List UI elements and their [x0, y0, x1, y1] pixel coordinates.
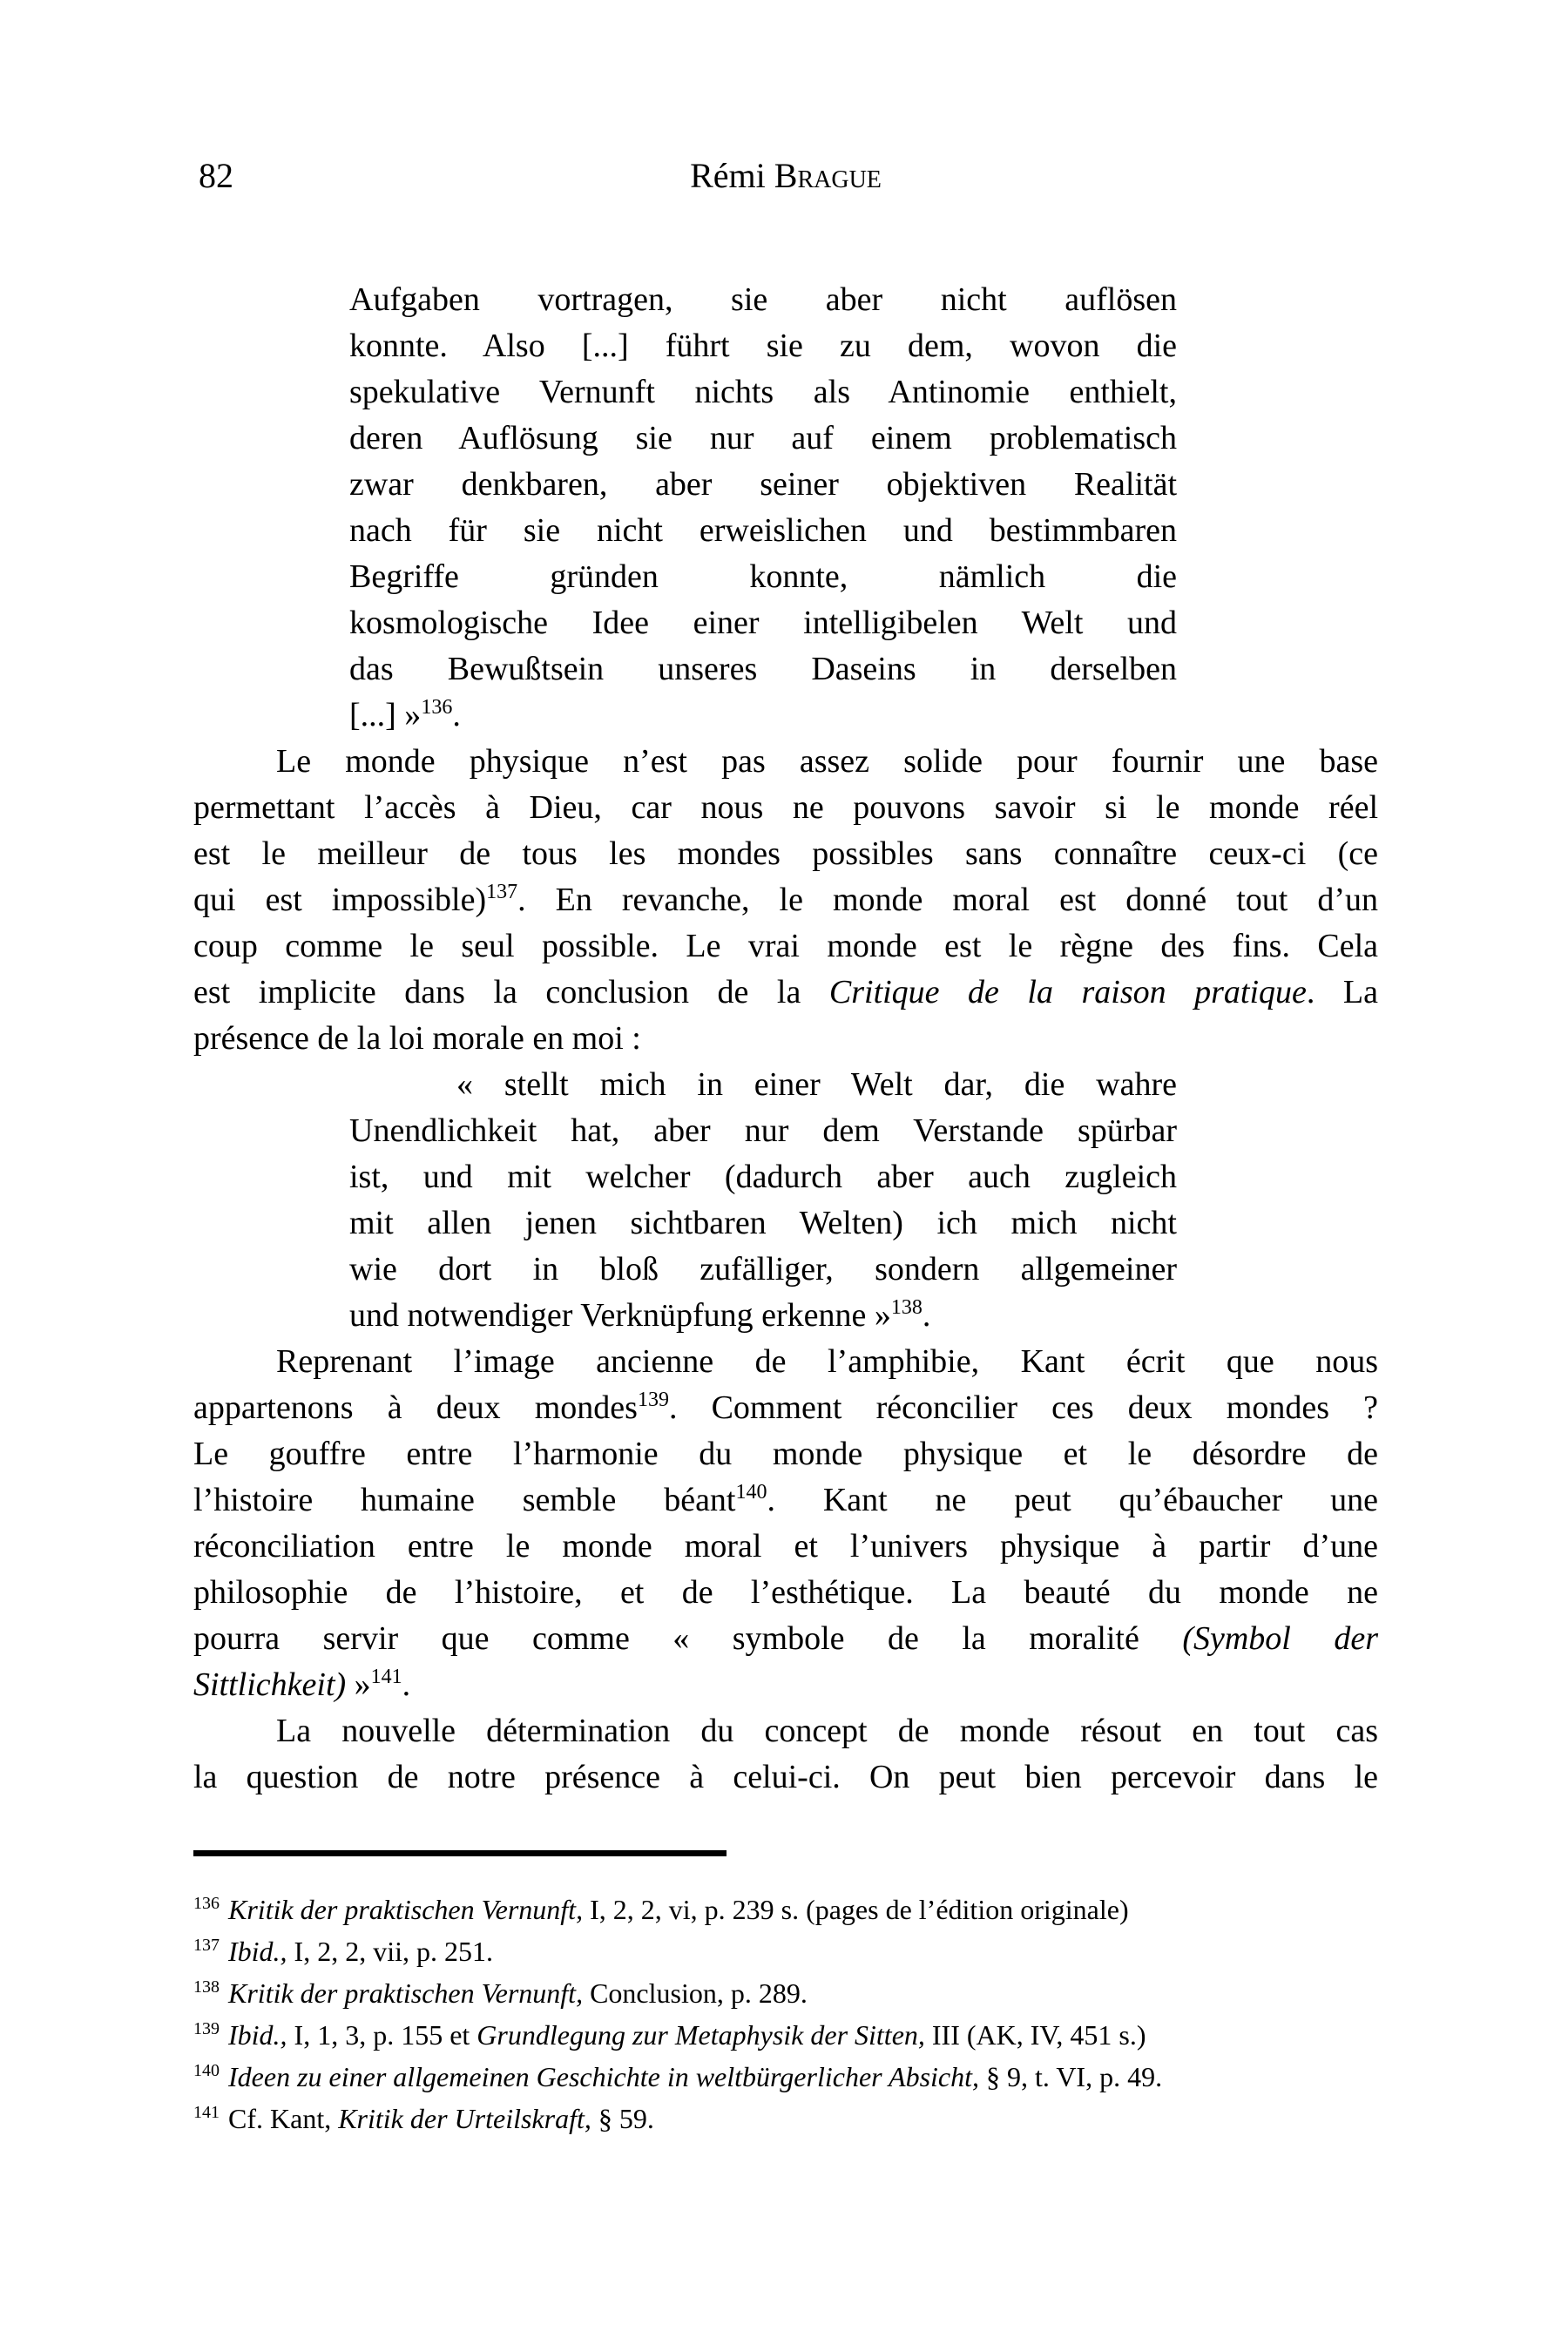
running-head: Rémi Brague	[193, 152, 1378, 199]
book-title-italic: Critique de la raison pratique	[829, 974, 1307, 1010]
body-line: pourra servir que comme « symbole de la …	[193, 1616, 1378, 1662]
paragraph-3: La nouvelle détermination du concept de …	[193, 1708, 1378, 1801]
footnote-ref-137: 137	[486, 881, 517, 903]
body-line: permettant l’accès à Dieu, car nous ne p…	[193, 785, 1378, 831]
quote-text: .	[452, 697, 461, 733]
quote-line: ist, und mit welcher (dadurch aber auch …	[349, 1154, 1177, 1200]
body-line: présence de la loi morale en moi :	[193, 1016, 1378, 1062]
german-term-italic: Sittlichkeit)	[193, 1666, 346, 1703]
footnote-ref-140: 140	[736, 1481, 767, 1504]
footnote-text: I, 2, 2, vi, p. 239 s. (pages de l’éditi…	[583, 1894, 1129, 1925]
block-quote-german-1: Aufgaben vortragen, sie aber nicht auflö…	[349, 277, 1177, 739]
body-text: l’histoire humaine semble béant	[193, 1482, 736, 1518]
quote-line: « stellt mich in einer Welt dar, die wah…	[349, 1062, 1177, 1108]
body-text: pourra servir que comme « symbole de la …	[193, 1620, 1182, 1657]
footnote-title-italic: Kritik der Urteilskraft,	[338, 2103, 591, 2134]
paragraph-1: Le monde physique n’est pas assez solide…	[193, 739, 1378, 1062]
footnotes-block: 136Kritik der praktischen Vernunft, I, 2…	[193, 1889, 1396, 2139]
quote-line: Unendlichkeit hat, aber nur dem Verstand…	[349, 1108, 1177, 1154]
body-line: Le monde physique n’est pas assez solide…	[193, 739, 1378, 785]
body-line: réconciliation entre le monde moral et l…	[193, 1524, 1378, 1570]
footnote-number: 138	[193, 1977, 220, 1997]
quote-line: nach für sie nicht erweislichen und best…	[349, 508, 1177, 554]
block-quote-german-2: « stellt mich in einer Welt dar, die wah…	[349, 1062, 1177, 1339]
footnote-text: § 59.	[591, 2103, 654, 2134]
quote-line: deren Auflösung sie nur auf einem proble…	[349, 416, 1177, 462]
footnote-139: 139Ibid., I, 1, 3, p. 155 et Grundlegung…	[193, 2014, 1396, 2056]
footnote-title-italic: Ideen zu einer allgemeinen Geschichte in…	[228, 2061, 979, 2092]
body-line: qui est impossible)137. En revanche, le …	[193, 877, 1378, 923]
body-line: la question de notre présence à celui-ci…	[193, 1754, 1378, 1801]
footnote-separator-rule	[193, 1850, 727, 1856]
quote-line: zwar denkbaren, aber seiner objektiven R…	[349, 462, 1177, 508]
body-line: coup comme le seul possible. Le vrai mon…	[193, 923, 1378, 970]
body-text: . Kant ne peut qu’ébaucher une	[767, 1482, 1379, 1518]
footnote-number: 136	[193, 1894, 220, 1913]
quote-text: [...] »	[349, 697, 421, 733]
quote-line: und notwendiger Verknüpfung erkenne »138…	[349, 1293, 1177, 1339]
footnote-number: 137	[193, 1936, 220, 1955]
quote-text: und notwendiger Verknüpfung erkenne »	[349, 1297, 891, 1334]
quote-line: [...] »136.	[349, 693, 1177, 739]
footnote-ref-141: 141	[371, 1666, 402, 1688]
footnote-ref-139: 139	[638, 1389, 669, 1411]
body-line: Sittlichkeit) »141.	[193, 1662, 1378, 1708]
footnote-140: 140Ideen zu einer allgemeinen Geschichte…	[193, 2056, 1396, 2098]
body-line: La nouvelle détermination du concept de …	[193, 1708, 1378, 1754]
paragraph-2: Reprenant l’image ancienne de l’amphibie…	[193, 1339, 1378, 1708]
body-line: Le gouffre entre l’harmonie du monde phy…	[193, 1431, 1378, 1477]
body-line: est implicite dans la conclusion de la C…	[193, 970, 1378, 1016]
german-term-italic: (Symbol der	[1182, 1620, 1378, 1657]
page-number: 82	[199, 152, 233, 199]
footnote-ref-136: 136	[421, 696, 452, 719]
body-text: . En revanche, le monde moral est donné …	[517, 882, 1378, 918]
footnote-number: 139	[193, 2019, 220, 2038]
body-text: »	[346, 1666, 371, 1703]
footnote-title-italic: Kritik der praktischen Vernunft,	[228, 1977, 583, 2009]
footnote-title-italic: Grundlegung zur Metaphysik der Sitten,	[476, 2019, 925, 2051]
footnote-number: 141	[193, 2103, 220, 2122]
body-line: Reprenant l’image ancienne de l’amphibie…	[193, 1339, 1378, 1385]
body-text: . La	[1307, 974, 1378, 1010]
footnote-title-italic: Ibid.,	[228, 2019, 287, 2051]
footnote-title-italic: Ibid.,	[228, 1936, 287, 1967]
quote-line: das Bewußtsein unseres Daseins in dersel…	[349, 646, 1177, 693]
text-column: Aufgaben vortragen, sie aber nicht auflö…	[193, 277, 1378, 1801]
footnote-138: 138Kritik der praktischen Vernunft, Conc…	[193, 1972, 1396, 2014]
quote-line: mit allen jenen sichtbaren Welten) ich m…	[349, 1200, 1177, 1247]
body-text: appartenons à deux mondes	[193, 1389, 638, 1426]
author-first-name: Rémi	[690, 156, 774, 195]
footnote-number: 140	[193, 2061, 220, 2080]
body-text: est implicite dans la conclusion de la	[193, 974, 829, 1010]
footnote-ref-138: 138	[891, 1296, 923, 1319]
footnote-text: III (AK, IV, 451 s.)	[925, 2019, 1146, 2051]
quote-line: spekulative Vernunft nichts als Antinomi…	[349, 369, 1177, 416]
footnote-title-italic: Kritik der praktischen Vernunft,	[228, 1894, 583, 1925]
footnote-text: Cf. Kant,	[228, 2103, 338, 2134]
footnote-text: I, 1, 3, p. 155 et	[287, 2019, 477, 2051]
footnote-137: 137Ibid., I, 2, 2, vii, p. 251.	[193, 1930, 1396, 1972]
quote-line: Aufgaben vortragen, sie aber nicht auflö…	[349, 277, 1177, 323]
body-line: philosophie de l’histoire, et de l’esthé…	[193, 1570, 1378, 1616]
author-last-name: Brague	[774, 156, 882, 195]
footnote-text: Conclusion, p. 289.	[583, 1977, 808, 2009]
body-text: .	[402, 1666, 411, 1703]
body-line: est le meilleur de tous les mondes possi…	[193, 831, 1378, 877]
quote-line: kosmologische Idee einer intelligibelen …	[349, 600, 1177, 646]
quote-line: Begriffe gründen konnte, nämlich die	[349, 554, 1177, 600]
body-line: l’histoire humaine semble béant140. Kant…	[193, 1477, 1378, 1524]
page-header: 82 Rémi Brague	[193, 152, 1378, 199]
book-page: 82 Rémi Brague Aufgaben vortragen, sie a…	[0, 0, 1568, 2352]
footnote-136: 136Kritik der praktischen Vernunft, I, 2…	[193, 1889, 1396, 1930]
footnote-text: I, 2, 2, vii, p. 251.	[287, 1936, 493, 1967]
quote-line: konnte. Also [...] führt sie zu dem, wov…	[349, 323, 1177, 369]
quote-text: .	[923, 1297, 931, 1334]
footnote-text: § 9, t. VI, p. 49.	[979, 2061, 1162, 2092]
body-text: qui est impossible)	[193, 882, 486, 918]
quote-line: wie dort in bloß zufälliger, sondern all…	[349, 1247, 1177, 1293]
footnote-141: 141Cf. Kant, Kritik der Urteilskraft, § …	[193, 2098, 1396, 2139]
body-line: appartenons à deux mondes139. Comment ré…	[193, 1385, 1378, 1431]
body-text: . Comment réconcilier ces deux mondes ?	[669, 1389, 1378, 1426]
